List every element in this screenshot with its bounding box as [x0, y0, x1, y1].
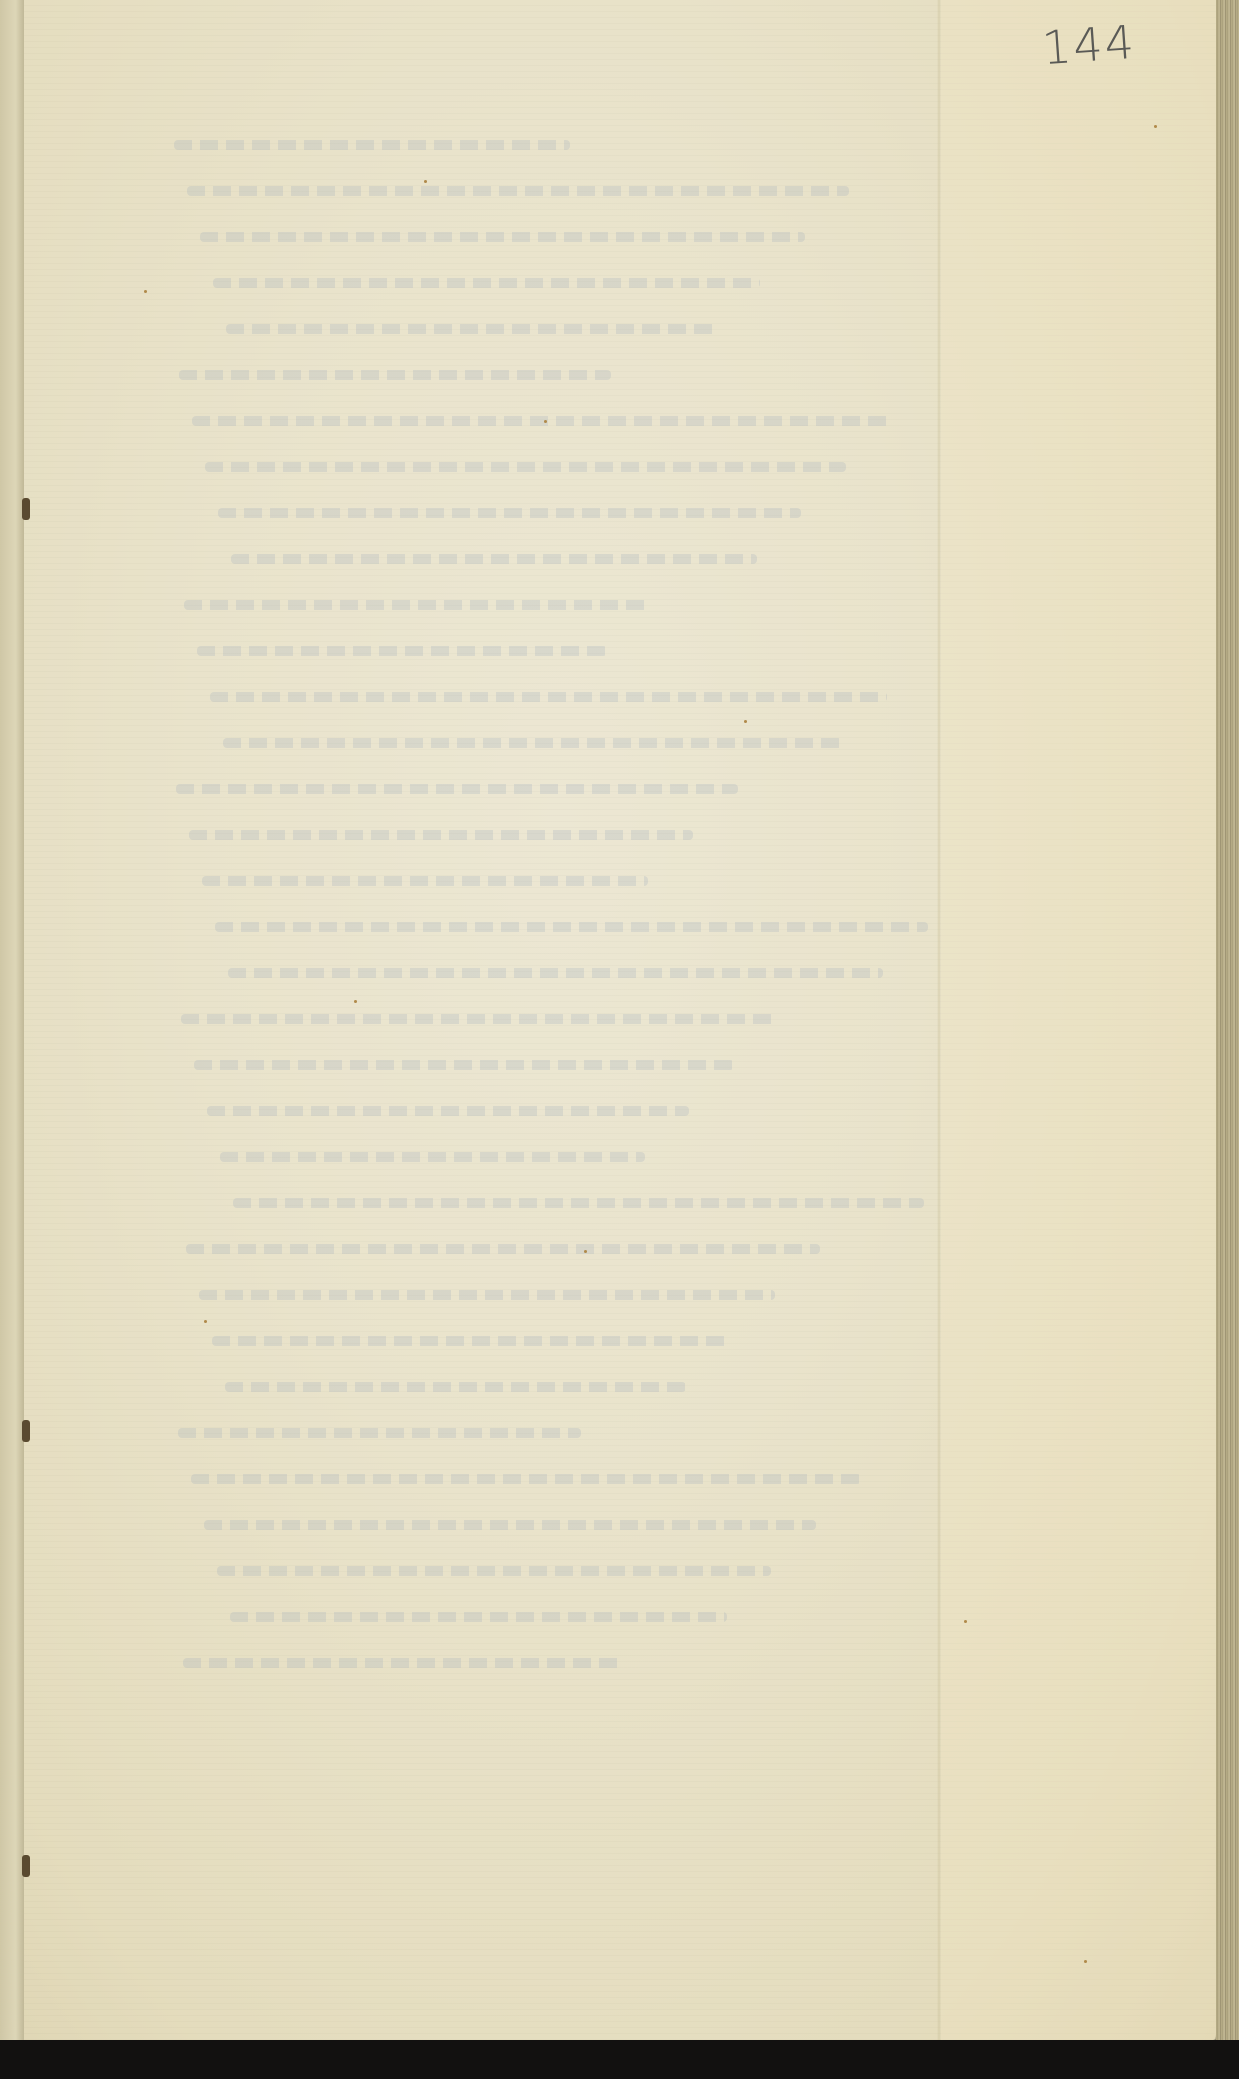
paper-speck	[424, 180, 427, 183]
paper-speck	[744, 720, 747, 723]
bleed-line	[218, 508, 801, 518]
paper-speck	[964, 1620, 967, 1623]
bleed-line	[189, 830, 693, 840]
bleed-line	[181, 1014, 779, 1024]
bleed-line	[205, 462, 846, 472]
bleed-line	[226, 324, 716, 334]
paper-speck	[544, 420, 547, 423]
bleed-line	[191, 1474, 861, 1484]
bleed-line	[200, 232, 805, 242]
bleed-line	[225, 1382, 686, 1392]
bleed-line	[183, 1658, 622, 1668]
bleed-line	[184, 600, 652, 610]
bleed-line	[186, 1244, 820, 1254]
paper-speck	[1154, 125, 1157, 128]
paper-speck	[354, 1000, 357, 1003]
bleed-line	[228, 968, 883, 978]
bleed-line	[202, 876, 648, 886]
bleed-line	[223, 738, 842, 748]
page-number: 144	[1040, 15, 1137, 75]
bleed-line	[204, 1520, 816, 1530]
paper-speck	[144, 290, 147, 293]
bleed-line	[194, 1060, 734, 1070]
left-page-edge	[0, 0, 26, 2055]
manuscript-page: 144	[24, 0, 1219, 2040]
bleed-line	[210, 692, 887, 702]
bleed-line	[197, 646, 607, 656]
binding-thread	[22, 1855, 30, 1877]
scan-bottom-edge	[0, 2040, 1239, 2079]
bleed-through-text	[174, 140, 894, 1760]
bleed-line	[220, 1152, 645, 1162]
bleed-line	[231, 554, 757, 564]
bleed-line	[215, 922, 928, 932]
binding-thread	[22, 498, 30, 520]
bleed-line	[217, 1566, 771, 1576]
bleed-line	[187, 186, 849, 196]
bleed-line	[192, 416, 890, 426]
paper-speck	[584, 1250, 587, 1253]
bleed-line	[199, 1290, 775, 1300]
bleed-line	[230, 1612, 727, 1622]
bleed-line	[233, 1198, 924, 1208]
bleed-line	[179, 370, 611, 380]
bleed-line	[178, 1428, 581, 1438]
page-stack-edges	[1216, 0, 1239, 2050]
paper-speck	[1084, 1960, 1087, 1963]
paper-fold-panel	[941, 0, 1216, 2040]
bleed-line	[174, 140, 570, 150]
bleed-line	[213, 278, 760, 288]
binding-thread	[22, 1420, 30, 1442]
bleed-line	[176, 784, 738, 794]
bleed-line	[207, 1106, 689, 1116]
paper-speck	[204, 1320, 207, 1323]
bleed-line	[212, 1336, 730, 1346]
